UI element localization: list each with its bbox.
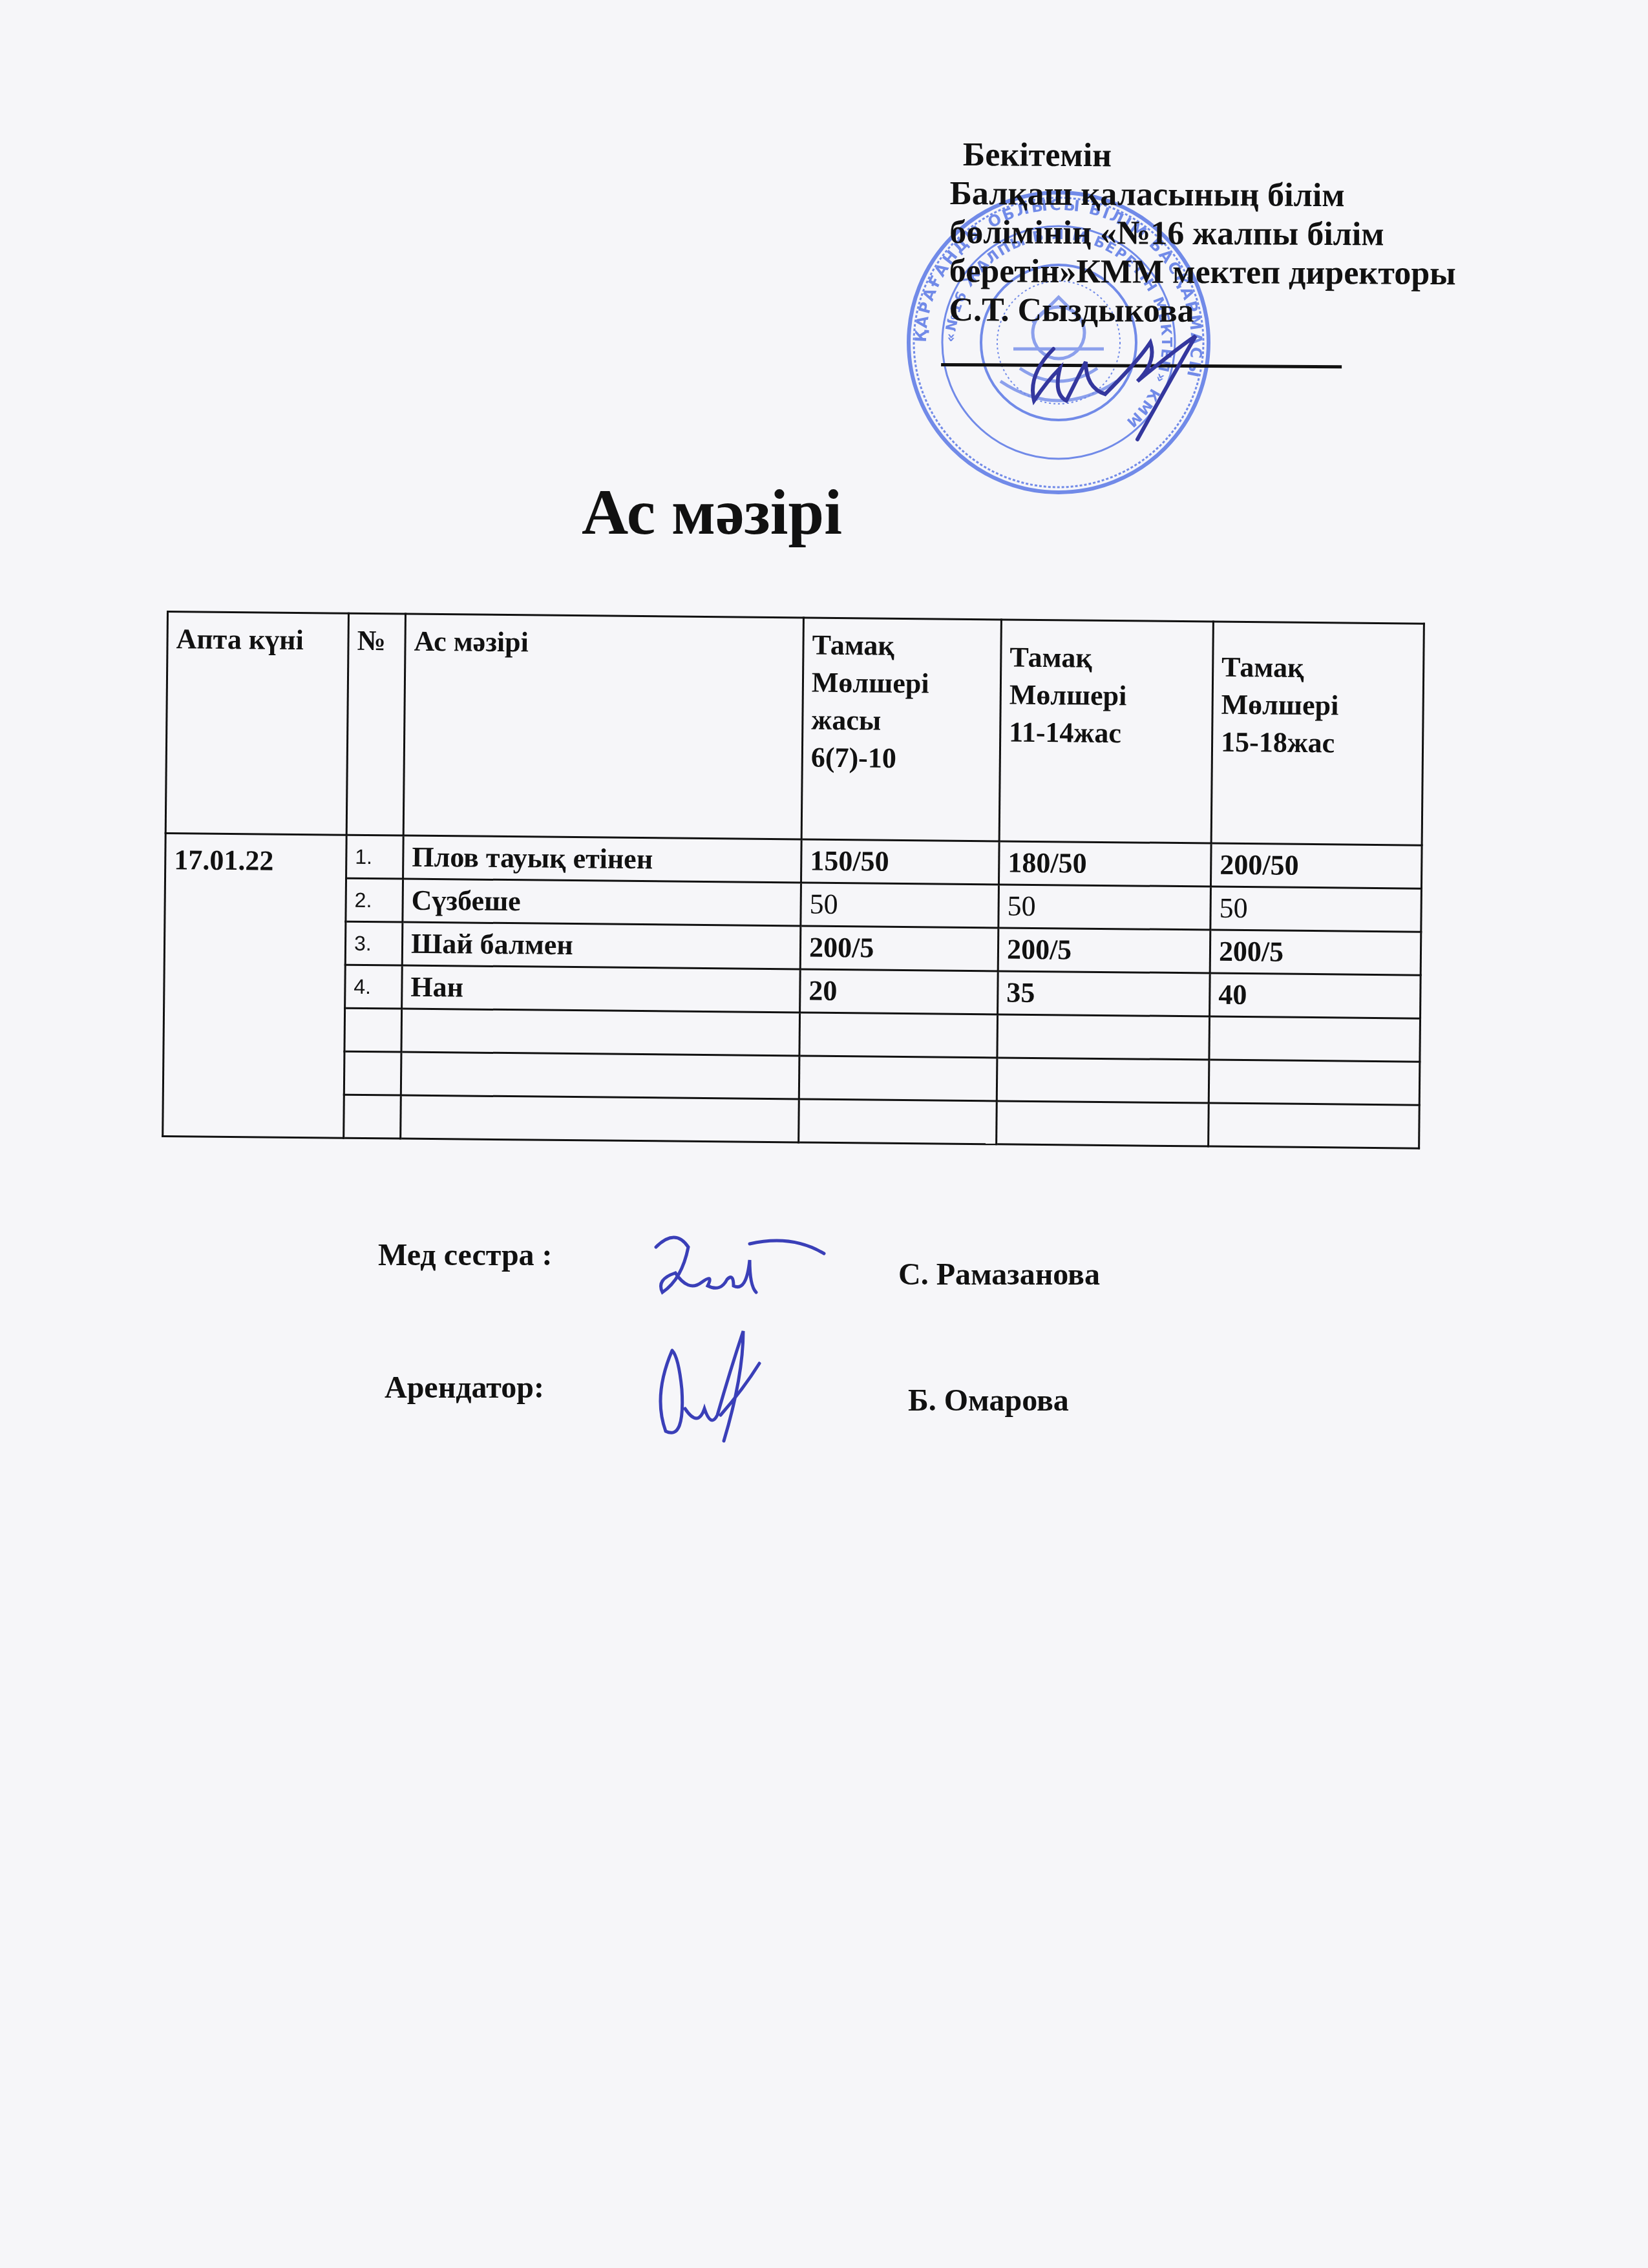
- approval-line: бөлімінің «№16 жалпы білім: [949, 213, 1456, 255]
- portion-6-10: 50: [801, 883, 999, 928]
- approval-heading: Бекітемін: [950, 136, 1457, 177]
- header-age-6-10: Тамақ Мөлшері жасы 6(7)-10: [801, 618, 1001, 841]
- portion-6-10: 20: [800, 969, 998, 1014]
- table-header-row: Апта күні № Ас мәзірі Тамақ Мөлшері жасы…: [165, 612, 1424, 846]
- empty-cell: [401, 1095, 799, 1142]
- approval-line: Балқаш қаласының білім: [949, 174, 1456, 216]
- header-line: Мөлшері: [1009, 677, 1205, 716]
- header-line: 6(7)-10: [811, 739, 992, 779]
- empty-cell: [401, 1009, 800, 1056]
- tenant-name: Б. Омарова: [908, 1383, 1069, 1418]
- empty-cell: [401, 1052, 799, 1099]
- portion-15-18: 50: [1210, 887, 1422, 932]
- portion-6-10: 200/5: [800, 926, 998, 971]
- empty-cell: [799, 1099, 997, 1144]
- page-title: Ас мәзірі: [582, 475, 842, 549]
- empty-cell: [997, 1014, 1210, 1060]
- header-age-15-18: Тамақ Мөлшері 15-18жас: [1211, 622, 1424, 845]
- portion-15-18: 200/5: [1210, 930, 1421, 975]
- empty-cell: [344, 1008, 402, 1052]
- dish-name: Плов тауық етінен: [403, 835, 802, 883]
- director-signature-icon: [1008, 323, 1228, 452]
- portion-15-18: 200/50: [1210, 843, 1422, 888]
- dish-name: Шай балмен: [402, 922, 801, 969]
- tenant-signature-icon: [646, 1318, 840, 1447]
- header-line: Тамақ: [1221, 649, 1415, 688]
- dish-name: Сүзбеше: [403, 879, 801, 926]
- empty-cell: [799, 1013, 998, 1058]
- empty-cell: [344, 1095, 401, 1139]
- approval-line: беретін»КММ мектеп директоры: [949, 252, 1456, 293]
- tenant-role-label: Арендатор:: [385, 1370, 544, 1405]
- header-line: Мөлшері: [812, 664, 993, 704]
- row-number: 3.: [345, 921, 403, 965]
- empty-cell: [997, 1101, 1209, 1146]
- empty-cell: [344, 1051, 401, 1095]
- nurse-name: С. Рамазанова: [898, 1257, 1100, 1292]
- empty-cell: [799, 1056, 997, 1101]
- header-line: Тамақ: [1009, 639, 1205, 678]
- nurse-signature-icon: [637, 1221, 856, 1305]
- portion-11-14: 50: [998, 885, 1211, 930]
- header-day: Апта күні: [165, 612, 348, 835]
- portion-6-10: 150/50: [801, 839, 1000, 885]
- row-number: 1.: [346, 835, 404, 879]
- date-cell: 17.01.22: [163, 833, 346, 1138]
- header-dish: Ас мәзірі: [403, 614, 803, 839]
- empty-cell: [997, 1058, 1209, 1103]
- portion-11-14: 200/5: [998, 928, 1210, 973]
- header-number: №: [346, 613, 405, 835]
- header-line: 15-18жас: [1221, 724, 1415, 763]
- header-line: Мөлшері: [1221, 686, 1415, 726]
- header-age-11-14: Тамақ Мөлшері 11-14жас: [999, 620, 1213, 843]
- header-line: Тамақ: [812, 627, 993, 666]
- portion-11-14: 180/50: [998, 841, 1211, 887]
- row-number: 2.: [346, 878, 403, 922]
- dish-name: Нан: [402, 965, 801, 1013]
- empty-cell: [1209, 1103, 1420, 1148]
- document-page: ҚАРАҒАНДЫ ОБЛЫСЫ БІЛІМ БАСҚАРМАСЫ «№16 Ж…: [0, 0, 1648, 2268]
- row-number: 4.: [345, 965, 403, 1009]
- header-line: жасы: [811, 702, 992, 741]
- portion-11-14: 35: [998, 971, 1210, 1016]
- menu-table: Апта күні № Ас мәзірі Тамақ Мөлшері жасы…: [162, 611, 1425, 1150]
- nurse-role-label: Мед сестра :: [378, 1237, 553, 1273]
- empty-cell: [1209, 1016, 1421, 1062]
- portion-15-18: 40: [1210, 973, 1421, 1018]
- header-line: 11-14жас: [1009, 714, 1204, 753]
- empty-cell: [1209, 1060, 1420, 1105]
